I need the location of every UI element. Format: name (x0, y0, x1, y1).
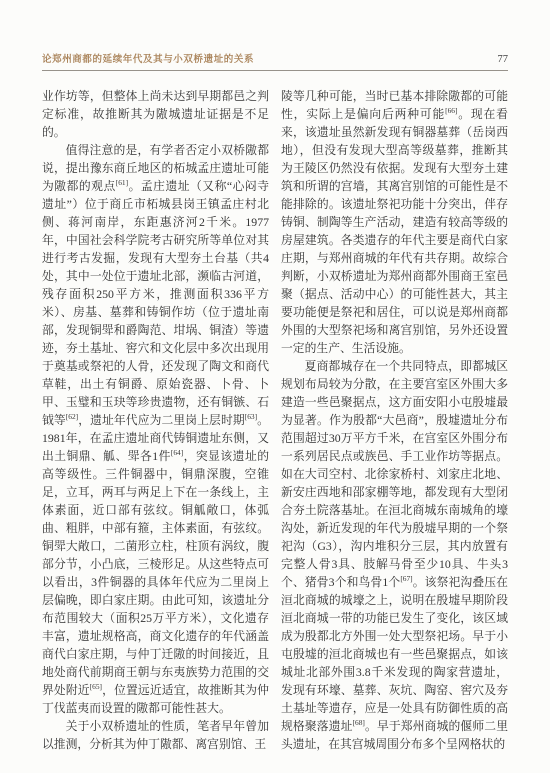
citation-ref: [62] (66, 412, 78, 421)
citation-ref: [63] (245, 412, 257, 421)
document-page: 论郑州商都的延续年代及其与小双桥遗址的关系 77 业作坊等，但整体上尚未达到早期… (0, 0, 550, 773)
citation-ref: [67] (400, 574, 412, 583)
article-body: 业作坊等，但整体上尚未达到早期都邑之判定标准，故推断其为隞城遗址证据是不足的。值… (42, 87, 508, 753)
page-header: 论郑州商都的延续年代及其与小双桥遗址的关系 77 (42, 51, 508, 65)
paragraph: 陵等几种可能，当时已基本排除隞都的可能性，实际上是偏向后两种可能[66]。现在看… (281, 87, 508, 357)
paragraph: 关于小双桥遗址的性质，笔者早年曾加以推测，分析其为仲丁隞都、离宫别馆、王 (42, 717, 269, 753)
page-number: 77 (498, 54, 509, 65)
paragraph: 业作坊等，但整体上尚未达到早期都邑之判定标准，故推断其为隞城遗址证据是不足的。 (42, 87, 269, 141)
paragraph: 夏商都城存在一个共同特点，即都城区规划布局较为分散，在主要宫室区外围大多建造一些… (281, 357, 508, 753)
right-column: 陵等几种可能，当时已基本排除隞都的可能性，实际上是偏向后两种可能[66]。现在看… (281, 87, 508, 753)
running-title: 论郑州商都的延续年代及其与小双桥遗址的关系 (42, 51, 254, 65)
paragraph: 值得注意的是，有学者否定小双桥隞都说，提出豫东商丘地区的柘城孟庄遗址可能为隞都的… (42, 141, 269, 717)
header-rule (42, 70, 508, 71)
citation-ref: [64] (171, 448, 183, 457)
left-column: 业作坊等，但整体上尚未达到早期都邑之判定标准，故推断其为隞城遗址证据是不足的。值… (42, 87, 269, 753)
citation-ref: [68] (353, 718, 365, 727)
citation-ref: [66] (445, 106, 457, 115)
citation-ref: [65] (90, 682, 102, 691)
citation-ref: [61] (116, 178, 128, 187)
